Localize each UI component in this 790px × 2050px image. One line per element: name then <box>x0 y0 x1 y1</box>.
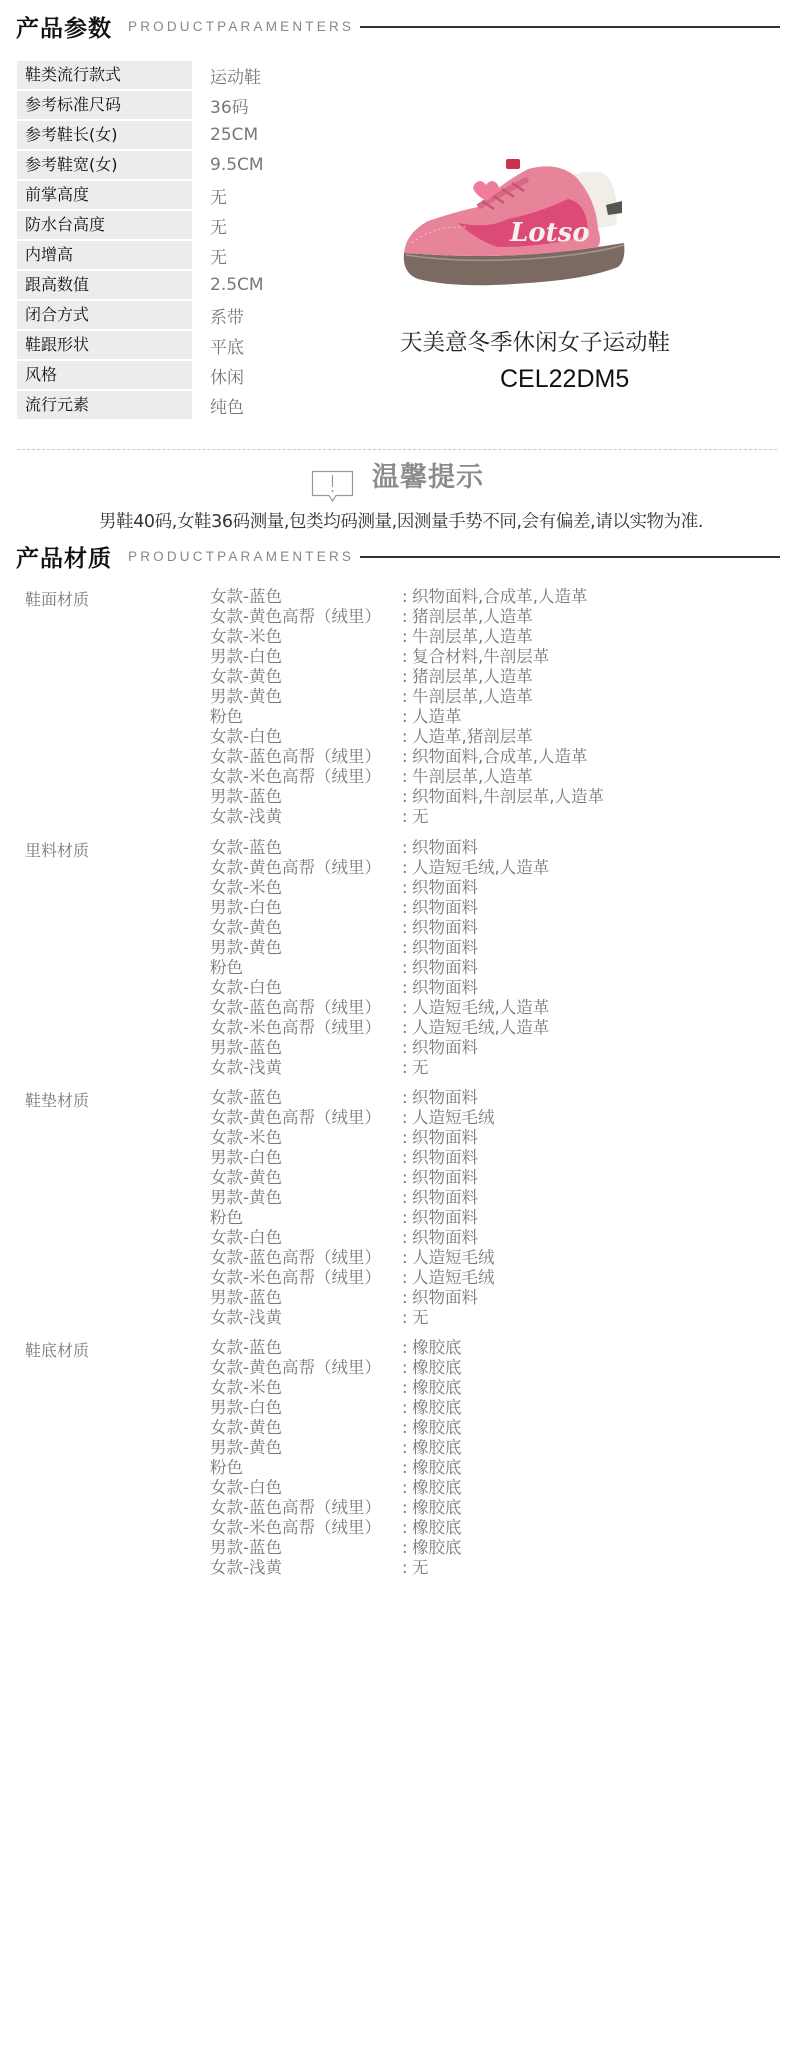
variant-name: 男款-黄色 <box>210 1438 402 1458</box>
material-value: 无 <box>412 1058 429 1078</box>
variant-name: 男款-蓝色 <box>210 1288 402 1308</box>
variant-name: 女款-黄色高帮（绒里） <box>210 1108 402 1128</box>
material-value: 织物面料 <box>412 878 478 898</box>
colon: : <box>402 627 412 647</box>
material-row: 女款-白色:织物面料 <box>210 1228 495 1248</box>
colon: : <box>402 1188 412 1208</box>
section-title: 产品材质 <box>16 540 112 573</box>
material-row: 女款-米色:橡胶底 <box>210 1378 462 1398</box>
colon: : <box>402 938 412 958</box>
param-row: 流行元素纯色 <box>17 390 397 420</box>
material-row: 女款-黄色:织物面料 <box>210 918 549 938</box>
colon: : <box>402 707 412 727</box>
colon: : <box>402 1288 412 1308</box>
material-value: 猪剖层革,人造革 <box>412 607 533 627</box>
section-header-params: 产品参数 PRODUCTPARAMENTERS <box>16 6 780 46</box>
variant-name: 女款-米色 <box>210 1378 402 1398</box>
variant-name: 女款-米色高帮（绒里） <box>210 1018 402 1038</box>
variant-name: 女款-蓝色高帮（绒里） <box>210 1498 402 1518</box>
pink-sneaker-image: Lotso <box>398 155 630 295</box>
param-key: 内增高 <box>17 241 192 269</box>
material-value: 橡胶底 <box>412 1358 462 1378</box>
material-value: 人造革,猪剖层革 <box>412 727 533 747</box>
colon: : <box>402 1268 412 1288</box>
material-value: 人造短毛绒,人造革 <box>412 998 549 1018</box>
colon: : <box>402 587 412 607</box>
material-row: 女款-白色:橡胶底 <box>210 1478 462 1498</box>
param-key: 闭合方式 <box>17 301 192 329</box>
material-row: 女款-黄色高帮（绒里）:橡胶底 <box>210 1358 462 1378</box>
material-value: 织物面料 <box>412 1148 478 1168</box>
material-row: 女款-黄色:猪剖层革,人造革 <box>210 667 604 687</box>
variant-name: 粉色 <box>210 707 402 727</box>
param-row: 参考标准尺码36码 <box>17 90 397 120</box>
material-row: 女款-蓝色高帮（绒里）:橡胶底 <box>210 1498 462 1518</box>
variant-name: 女款-蓝色高帮（绒里） <box>210 1248 402 1268</box>
colon: : <box>402 878 412 898</box>
material-row: 女款-黄色:橡胶底 <box>210 1418 462 1438</box>
variant-name: 女款-白色 <box>210 1228 402 1248</box>
colon: : <box>402 727 412 747</box>
material-value: 织物面料 <box>412 898 478 918</box>
variant-name: 女款-米色 <box>210 627 402 647</box>
colon: : <box>402 858 412 878</box>
param-key: 鞋类流行款式 <box>17 61 192 89</box>
variant-name: 女款-黄色 <box>210 1418 402 1438</box>
variant-name: 女款-浅黄 <box>210 807 402 827</box>
variant-name: 女款-白色 <box>210 978 402 998</box>
material-row: 女款-黄色高帮（绒里）:人造短毛绒,人造革 <box>210 858 549 878</box>
material-value: 织物面料 <box>412 1288 478 1308</box>
material-rows: 女款-蓝色:织物面料 女款-黄色高帮（绒里）:人造短毛绒 女款-米色:织物面料 … <box>210 1088 495 1328</box>
variant-name: 粉色 <box>210 958 402 978</box>
variant-name: 女款-黄色 <box>210 1168 402 1188</box>
variant-name: 男款-白色 <box>210 647 402 667</box>
colon: : <box>402 898 412 918</box>
colon: : <box>402 958 412 978</box>
colon: : <box>402 918 412 938</box>
material-row: 女款-黄色高帮（绒里）:人造短毛绒 <box>210 1108 495 1128</box>
material-value: 无 <box>412 1558 429 1578</box>
material-row: 女款-浅黄:无 <box>210 1308 495 1328</box>
param-row: 参考鞋长(女)25CM <box>17 120 397 150</box>
variant-name: 男款-白色 <box>210 1148 402 1168</box>
material-rows: 女款-蓝色:织物面料,合成革,人造革 女款-黄色高帮（绒里）:猪剖层革,人造革 … <box>210 587 604 827</box>
material-label: 鞋底材质 <box>25 1338 89 1361</box>
colon: : <box>402 787 412 807</box>
tip-title: 温馨提示 <box>372 455 484 494</box>
colon: : <box>402 1498 412 1518</box>
variant-name: 女款-蓝色高帮（绒里） <box>210 747 402 767</box>
material-value: 人造短毛绒 <box>412 1108 495 1128</box>
param-row: 风格休闲 <box>17 360 397 390</box>
param-value: 系带 <box>192 303 244 328</box>
variant-name: 女款-蓝色 <box>210 1088 402 1108</box>
colon: : <box>402 1398 412 1418</box>
material-row: 女款-米色:织物面料 <box>210 878 549 898</box>
variant-name: 男款-黄色 <box>210 687 402 707</box>
colon: : <box>402 1038 412 1058</box>
colon: : <box>402 647 412 667</box>
material-row: 男款-白色:复合材料,牛剖层革 <box>210 647 604 667</box>
material-row: 女款-米色高帮（绒里）:牛剖层革,人造革 <box>210 767 604 787</box>
variant-name: 女款-黄色高帮（绒里） <box>210 1358 402 1378</box>
colon: : <box>402 1148 412 1168</box>
colon: : <box>402 767 412 787</box>
material-value: 人造短毛绒 <box>412 1248 495 1268</box>
param-row: 前掌高度无 <box>17 180 397 210</box>
material-value: 织物面料 <box>412 938 478 958</box>
colon: : <box>402 687 412 707</box>
exclamation-speech-bubble-icon <box>311 470 354 502</box>
material-row: 女款-米色:牛剖层革,人造革 <box>210 627 604 647</box>
material-row: 女款-浅黄:无 <box>210 1058 549 1078</box>
variant-name: 女款-浅黄 <box>210 1308 402 1328</box>
material-value: 织物面料 <box>412 978 478 998</box>
colon: : <box>402 1128 412 1148</box>
material-row: 女款-蓝色高帮（绒里）:织物面料,合成革,人造革 <box>210 747 604 767</box>
material-value: 织物面料 <box>412 1168 478 1188</box>
variant-name: 女款-黄色高帮（绒里） <box>210 607 402 627</box>
colon: : <box>402 1108 412 1128</box>
material-value: 织物面料 <box>412 918 478 938</box>
material-value: 橡胶底 <box>412 1438 462 1458</box>
material-row: 男款-白色:橡胶底 <box>210 1398 462 1418</box>
material-value: 织物面料 <box>412 1228 478 1248</box>
section-header-materials: 产品材质 PRODUCTPARAMENTERS <box>16 536 780 576</box>
colon: : <box>402 1538 412 1558</box>
material-value: 织物面料,合成革,人造革 <box>412 587 588 607</box>
material-row: 粉色:人造革 <box>210 707 604 727</box>
colon: : <box>402 747 412 767</box>
colon: : <box>402 1058 412 1078</box>
section-title: 产品参数 <box>16 10 112 43</box>
colon: : <box>402 1438 412 1458</box>
section-rule <box>360 26 780 28</box>
material-value: 无 <box>412 807 429 827</box>
variant-name: 女款-米色高帮（绒里） <box>210 1268 402 1288</box>
material-value: 橡胶底 <box>412 1478 462 1498</box>
colon: : <box>402 1378 412 1398</box>
material-value: 橡胶底 <box>412 1518 462 1538</box>
param-key: 前掌高度 <box>17 181 192 209</box>
material-row: 女款-米色高帮（绒里）:人造短毛绒,人造革 <box>210 1018 549 1038</box>
variant-name: 女款-浅黄 <box>210 1558 402 1578</box>
param-key: 参考鞋长(女) <box>17 121 192 149</box>
colon: : <box>402 1458 412 1478</box>
material-rows: 女款-蓝色:橡胶底 女款-黄色高帮（绒里）:橡胶底 女款-米色:橡胶底 男款-白… <box>210 1338 462 1578</box>
material-value: 织物面料 <box>412 1208 478 1228</box>
tip-text: 男鞋40码,女鞋36码测量,包类均码测量,因测量手势不同,会有偏差,请以实物为准… <box>99 508 703 533</box>
variant-name: 女款-黄色 <box>210 667 402 687</box>
param-key: 参考标准尺码 <box>17 91 192 119</box>
colon: : <box>402 1228 412 1248</box>
colon: : <box>402 1018 412 1038</box>
param-row: 鞋类流行款式运动鞋 <box>17 60 397 90</box>
material-value: 橡胶底 <box>412 1418 462 1438</box>
colon: : <box>402 978 412 998</box>
variant-name: 女款-蓝色 <box>210 1338 402 1358</box>
material-value: 牛剖层革,人造革 <box>412 767 533 787</box>
material-label: 鞋垫材质 <box>25 1088 89 1111</box>
material-row: 女款-米色:织物面料 <box>210 1128 495 1148</box>
material-value: 橡胶底 <box>412 1498 462 1518</box>
material-row: 女款-蓝色:织物面料 <box>210 838 549 858</box>
param-value: 无 <box>192 183 227 208</box>
material-value: 人造短毛绒,人造革 <box>412 858 549 878</box>
param-row: 跟高数值2.5CM <box>17 270 397 300</box>
material-row: 男款-黄色:织物面料 <box>210 938 549 958</box>
material-row: 女款-白色:人造革,猪剖层革 <box>210 727 604 747</box>
param-key: 跟高数值 <box>17 271 192 299</box>
material-value: 织物面料 <box>412 838 478 858</box>
material-row: 女款-蓝色:织物面料,合成革,人造革 <box>210 587 604 607</box>
material-row: 男款-黄色:橡胶底 <box>210 1438 462 1458</box>
colon: : <box>402 1358 412 1378</box>
param-key: 参考鞋宽(女) <box>17 151 192 179</box>
colon: : <box>402 607 412 627</box>
variant-name: 女款-米色高帮（绒里） <box>210 767 402 787</box>
variant-name: 女款-白色 <box>210 1478 402 1498</box>
material-value: 牛剖层革,人造革 <box>412 687 533 707</box>
variant-name: 女款-蓝色 <box>210 587 402 607</box>
param-value: 9.5CM <box>192 155 264 175</box>
variant-name: 男款-白色 <box>210 898 402 918</box>
param-value: 2.5CM <box>192 275 264 295</box>
section-rule <box>360 556 780 558</box>
colon: : <box>402 667 412 687</box>
material-row: 男款-蓝色:橡胶底 <box>210 1538 462 1558</box>
material-row: 男款-白色:织物面料 <box>210 898 549 918</box>
colon: : <box>402 1418 412 1438</box>
variant-name: 女款-白色 <box>210 727 402 747</box>
param-value: 休闲 <box>192 363 244 388</box>
material-row: 女款-白色:织物面料 <box>210 978 549 998</box>
colon: : <box>402 1088 412 1108</box>
param-row: 闭合方式系带 <box>17 300 397 330</box>
colon: : <box>402 1208 412 1228</box>
param-key: 鞋跟形状 <box>17 331 192 359</box>
material-row: 女款-米色高帮（绒里）:橡胶底 <box>210 1518 462 1538</box>
material-value: 人造短毛绒 <box>412 1268 495 1288</box>
param-value: 无 <box>192 243 227 268</box>
material-row: 粉色:橡胶底 <box>210 1458 462 1478</box>
material-row: 女款-米色高帮（绒里）:人造短毛绒 <box>210 1268 495 1288</box>
param-row: 鞋跟形状平底 <box>17 330 397 360</box>
variant-name: 粉色 <box>210 1458 402 1478</box>
material-row: 男款-蓝色:织物面料 <box>210 1288 495 1308</box>
product-title: 天美意冬季休闲女子运动鞋 <box>400 325 720 357</box>
param-value: 纯色 <box>192 393 244 418</box>
variant-name: 男款-蓝色 <box>210 787 402 807</box>
param-row: 防水台高度无 <box>17 210 397 240</box>
colon: : <box>402 838 412 858</box>
section-subtitle: PRODUCTPARAMENTERS <box>128 19 354 34</box>
dashed-divider <box>17 449 777 450</box>
param-value: 无 <box>192 213 227 238</box>
variant-name: 女款-米色高帮（绒里） <box>210 1518 402 1538</box>
colon: : <box>402 1518 412 1538</box>
material-row: 男款-白色:织物面料 <box>210 1148 495 1168</box>
param-value: 平底 <box>192 333 244 358</box>
variant-name: 粉色 <box>210 1208 402 1228</box>
variant-name: 女款-黄色 <box>210 918 402 938</box>
material-row: 男款-黄色:织物面料 <box>210 1188 495 1208</box>
material-value: 橡胶底 <box>412 1458 462 1478</box>
material-value: 猪剖层革,人造革 <box>412 667 533 687</box>
material-value: 织物面料,合成革,人造革 <box>412 747 588 767</box>
param-key: 防水台高度 <box>17 211 192 239</box>
material-row: 女款-浅黄:无 <box>210 1558 462 1578</box>
material-row: 女款-黄色:织物面料 <box>210 1168 495 1188</box>
variant-name: 男款-黄色 <box>210 938 402 958</box>
material-label: 里料材质 <box>25 838 89 861</box>
material-label: 鞋面材质 <box>25 587 89 610</box>
colon: : <box>402 1478 412 1498</box>
variant-name: 女款-蓝色高帮（绒里） <box>210 998 402 1018</box>
material-value: 织物面料 <box>412 1188 478 1208</box>
colon: : <box>402 1558 412 1578</box>
colon: : <box>402 1308 412 1328</box>
material-value: 橡胶底 <box>412 1338 462 1358</box>
material-row: 男款-蓝色:织物面料 <box>210 1038 549 1058</box>
material-value: 复合材料,牛剖层革 <box>412 647 549 667</box>
material-value: 人造短毛绒,人造革 <box>412 1018 549 1038</box>
variant-name: 男款-黄色 <box>210 1188 402 1208</box>
material-row: 女款-蓝色:织物面料 <box>210 1088 495 1108</box>
colon: : <box>402 998 412 1018</box>
material-row: 男款-黄色:牛剖层革,人造革 <box>210 687 604 707</box>
variant-name: 女款-黄色高帮（绒里） <box>210 858 402 878</box>
material-row: 女款-黄色高帮（绒里）:猪剖层革,人造革 <box>210 607 604 627</box>
product-code: CEL22DM5 <box>500 365 629 394</box>
variant-name: 男款-蓝色 <box>210 1038 402 1058</box>
variant-name: 女款-蓝色 <box>210 838 402 858</box>
material-row: 女款-蓝色:橡胶底 <box>210 1338 462 1358</box>
material-value: 人造革 <box>412 707 462 727</box>
svg-text:Lotso: Lotso <box>509 218 590 248</box>
param-key: 风格 <box>17 361 192 389</box>
material-value: 无 <box>412 1308 429 1328</box>
param-value: 25CM <box>192 125 258 145</box>
colon: : <box>402 807 412 827</box>
param-row: 参考鞋宽(女)9.5CM <box>17 150 397 180</box>
material-row: 女款-蓝色高帮（绒里）:人造短毛绒,人造革 <box>210 998 549 1018</box>
material-value: 织物面料,牛剖层革,人造革 <box>412 787 604 807</box>
param-value: 运动鞋 <box>192 63 261 88</box>
section-subtitle: PRODUCTPARAMENTERS <box>128 549 354 564</box>
material-row: 粉色:织物面料 <box>210 958 549 978</box>
material-rows: 女款-蓝色:织物面料 女款-黄色高帮（绒里）:人造短毛绒,人造革 女款-米色:织… <box>210 838 549 1078</box>
colon: : <box>402 1248 412 1268</box>
material-value: 橡胶底 <box>412 1398 462 1418</box>
param-key: 流行元素 <box>17 391 192 419</box>
variant-name: 男款-蓝色 <box>210 1538 402 1558</box>
material-value: 橡胶底 <box>412 1538 462 1558</box>
material-row: 粉色:织物面料 <box>210 1208 495 1228</box>
material-row: 女款-蓝色高帮（绒里）:人造短毛绒 <box>210 1248 495 1268</box>
param-row: 内增高无 <box>17 240 397 270</box>
param-value: 36码 <box>192 93 249 118</box>
variant-name: 男款-白色 <box>210 1398 402 1418</box>
material-value: 橡胶底 <box>412 1378 462 1398</box>
variant-name: 女款-米色 <box>210 1128 402 1148</box>
params-table: 鞋类流行款式运动鞋 参考标准尺码36码 参考鞋长(女)25CM 参考鞋宽(女)9… <box>17 60 397 420</box>
variant-name: 女款-浅黄 <box>210 1058 402 1078</box>
variant-name: 女款-米色 <box>210 878 402 898</box>
material-value: 织物面料 <box>412 1128 478 1148</box>
material-value: 织物面料 <box>412 1038 478 1058</box>
colon: : <box>402 1338 412 1358</box>
material-row: 男款-蓝色:织物面料,牛剖层革,人造革 <box>210 787 604 807</box>
material-value: 织物面料 <box>412 958 478 978</box>
colon: : <box>402 1168 412 1188</box>
material-row: 女款-浅黄:无 <box>210 807 604 827</box>
material-value: 织物面料 <box>412 1088 478 1108</box>
material-value: 牛剖层革,人造革 <box>412 627 533 647</box>
